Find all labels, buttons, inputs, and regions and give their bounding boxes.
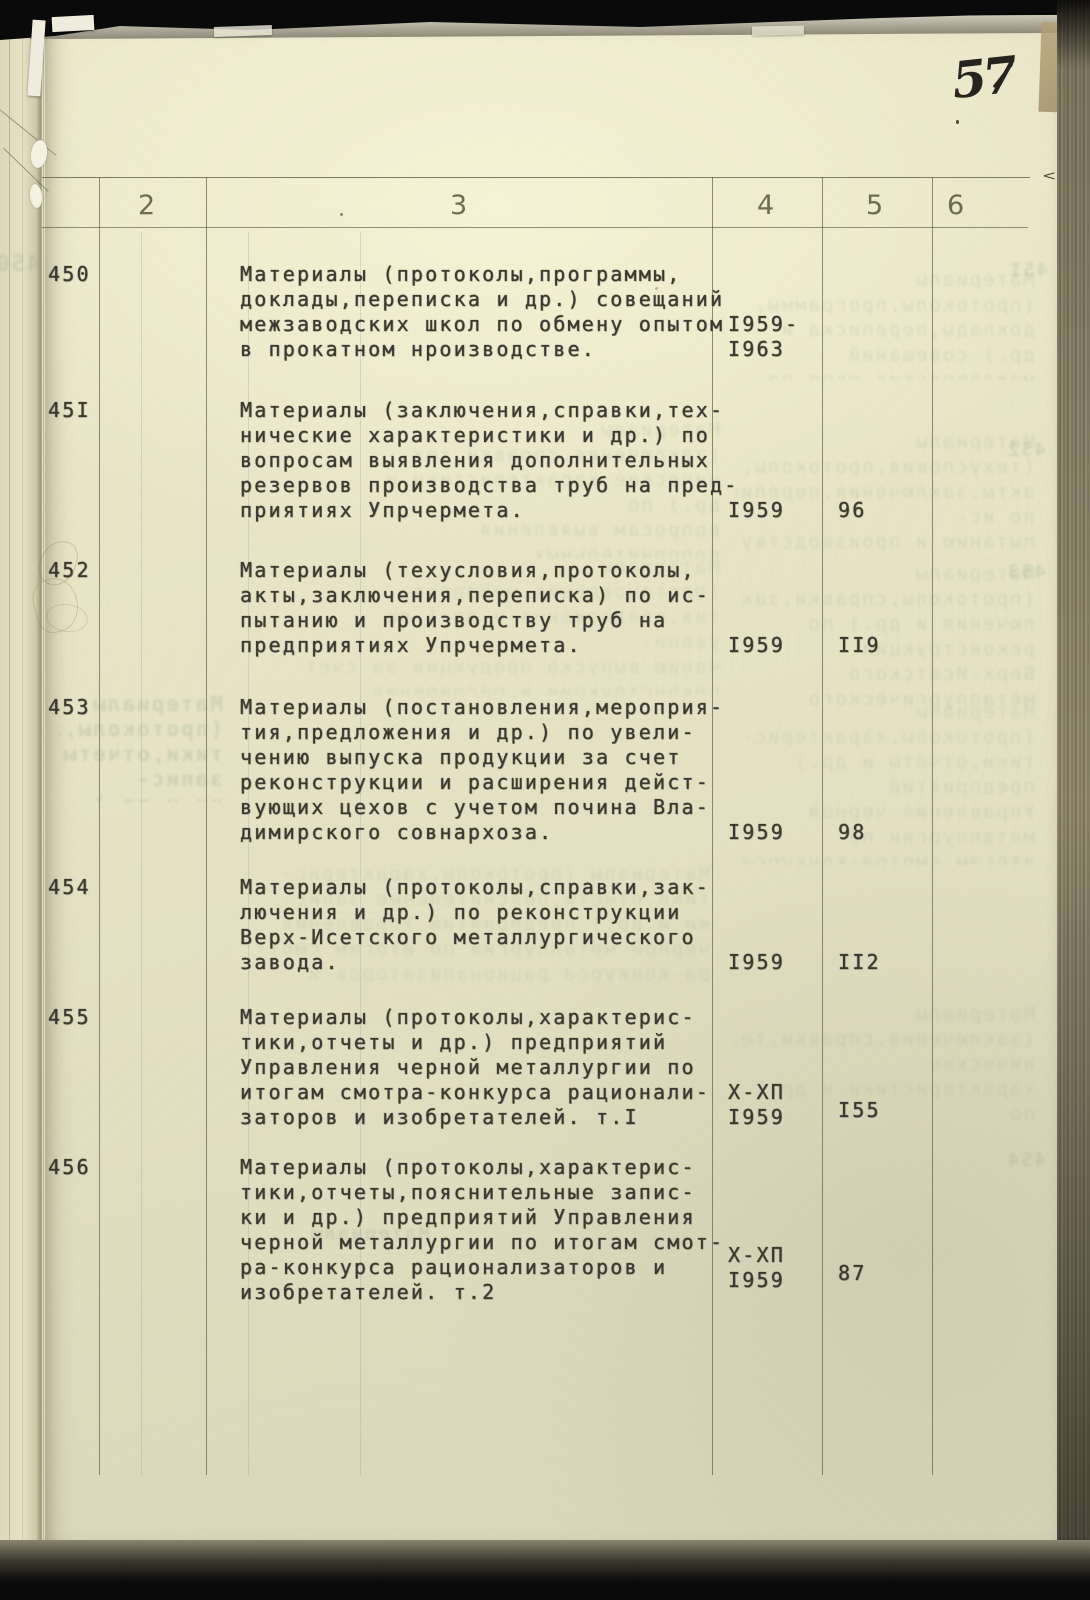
torn-paper-bit <box>214 25 272 37</box>
bleedthrough-mark: 450 <box>0 252 40 280</box>
row-number: 45I <box>48 398 91 423</box>
row-pages: II9 <box>838 633 908 658</box>
row-number: 455 <box>48 1005 91 1030</box>
bleedthrough-mark: 454 <box>1000 1148 1046 1174</box>
row-dates: I959 <box>728 498 828 523</box>
row-pages: 96 <box>838 498 908 523</box>
row-description: Материалы (постановления,мероприя- тия,п… <box>240 695 740 845</box>
row-description: Материалы (протоколы,программы, доклады,… <box>240 262 740 362</box>
row-description: Материалы (протоколы,справки,зак- лючени… <box>240 875 740 975</box>
scan-background-bottom <box>0 1540 1090 1600</box>
ink-speck <box>340 213 343 216</box>
column-header-5: 5 <box>866 190 883 221</box>
row-dates: Х-ХП I959 <box>728 1243 828 1293</box>
row-dates: I959 <box>728 820 828 845</box>
column-header-6: 6 <box>947 190 964 221</box>
row-dates: I959 <box>728 950 828 975</box>
row-number: 450 <box>48 262 91 287</box>
right-edge-shadow <box>1057 0 1090 1600</box>
table-rule-horizontal <box>42 227 1028 228</box>
row-pages: 87 <box>838 1261 908 1286</box>
row-dates: I959- I963 <box>728 312 828 362</box>
column-header-2: 2 <box>138 190 155 221</box>
bleedthrough-mark: 452 <box>1000 438 1046 464</box>
column-header-3: 3 <box>450 190 467 221</box>
fold-rule <box>43 30 44 1550</box>
torn-paper-bit <box>52 15 95 32</box>
table-rule-horizontal <box>42 177 1030 178</box>
previous-page-edge <box>0 16 41 1566</box>
handwritten-page-number: 57 <box>949 45 1016 110</box>
table-rule-vertical <box>99 177 100 1475</box>
column-header-4: 4 <box>757 190 774 221</box>
scanned-archive-page: 450 Материалы (протоколы,программы, докл… <box>0 0 1090 1600</box>
page-crease <box>22 16 23 1566</box>
row-description: Материалы (протоколы,характерис- тики,от… <box>240 1005 740 1130</box>
table-rule-vertical <box>206 177 207 1475</box>
row-description: Материалы (техусловия,протоколы, акты,за… <box>240 558 740 658</box>
ink-speck <box>655 287 658 290</box>
page-crease <box>9 16 10 1566</box>
row-description: Материалы (заключения,справки,тех- ничес… <box>240 398 740 523</box>
row-dates: Х-ХП I959 <box>728 1080 828 1130</box>
bleedthrough-rule <box>141 232 142 1475</box>
table-rule-vertical <box>932 177 933 1475</box>
bleedthrough-mark: 45I <box>1002 258 1048 284</box>
row-number: 453 <box>48 695 91 720</box>
row-pages: II2 <box>838 950 908 975</box>
row-number: 456 <box>48 1155 91 1180</box>
row-pages: 98 <box>838 820 908 845</box>
row-dates: I959 <box>728 633 828 658</box>
ink-speck <box>956 120 959 124</box>
margin-check-mark: < <box>1042 168 1056 184</box>
bleedthrough-text: Материалы (техусловия,протоколы, акты,за… <box>735 430 1035 560</box>
paper-stain <box>34 540 96 644</box>
torn-paper-bit <box>752 26 804 36</box>
row-description: Материалы (протоколы,характерис- тики,от… <box>240 1155 740 1305</box>
bleedthrough-mark: 453 <box>1000 560 1046 586</box>
row-number: 454 <box>48 875 91 900</box>
row-pages: I55 <box>838 1098 908 1123</box>
